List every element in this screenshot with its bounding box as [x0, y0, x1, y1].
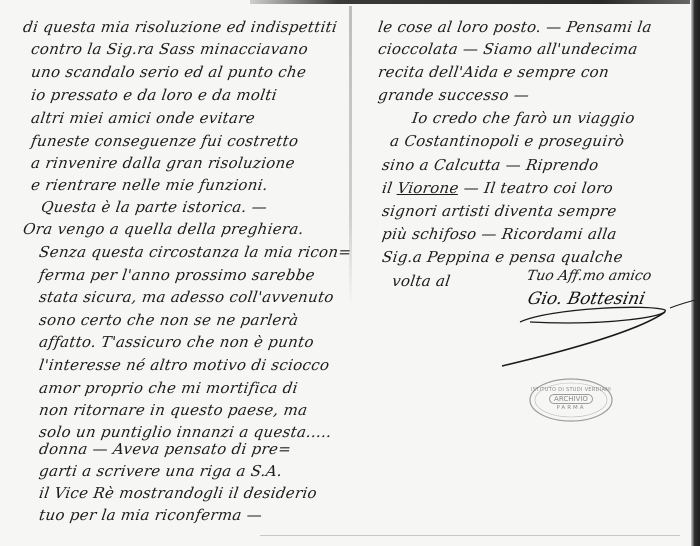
text-line: sono certo che non se ne parlerà: [38, 311, 300, 329]
stamp-institution: ISTITUTO DI STUDI VERDIANI: [531, 387, 611, 393]
left-page: di questa mia risoluzione ed indispettit…: [0, 0, 345, 546]
text-line: funeste conseguenze fui costretto: [30, 132, 300, 150]
text-line: Io credo che farò un viaggio: [411, 109, 636, 127]
archive-stamp: ISTITUTO DI STUDI VERDIANI ARCHIVIO PARM…: [528, 377, 614, 423]
stamp-city: PARMA: [556, 405, 585, 411]
letter-scan: di questa mia risoluzione ed indispettit…: [0, 0, 700, 546]
text-line: a Costantinopoli e proseguirò: [389, 132, 626, 150]
text-line: signori artisti diventa sempre: [381, 202, 618, 220]
text-line: l'interesse né altro motivo di sciocco: [38, 356, 331, 374]
text-line: Ora vengo a quella della preghiera.: [22, 220, 305, 238]
text-line: tuo per la mia riconferma —: [38, 506, 263, 524]
text-line: volta al: [391, 272, 452, 290]
text-line: il Vice Rè mostrandogli il desiderio: [38, 484, 318, 502]
text-line: affatto. T'assicuro che non è punto: [38, 333, 315, 351]
text-line: a rinvenire dalla gran risoluzione: [30, 154, 296, 172]
text-line: grande successo —: [377, 86, 530, 104]
text-line: cioccolata — Siamo all'undecima: [377, 40, 639, 58]
text-line: donna — Aveva pensato di pre=: [38, 440, 292, 458]
text-line: garti a scrivere una riga a S.A.: [38, 462, 284, 480]
underlined-word: Viorone: [396, 179, 460, 197]
text-line: contro la Sig.ra Sass minacciavano: [30, 40, 309, 58]
text-line: io pressato e da loro e da molti: [30, 86, 278, 104]
text-line: Senza questa circostanza la mia ricon=: [38, 243, 353, 261]
text-line: uno scandalo serio ed al punto che: [30, 63, 307, 81]
stamp-archive: ARCHIVIO: [549, 394, 593, 404]
text-line: Questa è la parte istorica. —: [40, 198, 268, 216]
text-line: più schifoso — Ricordami alla: [381, 225, 618, 243]
signature-flourish: [490, 300, 700, 370]
text-line: altri miei amici onde evitare: [30, 109, 256, 127]
letter-closing: Tuo Aff.mo amico: [526, 268, 653, 284]
text-line: stata sicura, ma adesso coll'avvenuto: [38, 288, 335, 306]
text-line: amor proprio che mi mortifica di: [38, 379, 299, 397]
text-fragment: il Viorone — Il teatro coi loro: [381, 179, 614, 197]
scan-right-edge: [691, 0, 700, 546]
text-line: sino a Calcutta — Riprendo: [381, 156, 600, 174]
text-line: solo un puntiglio innanzi a questa.....: [38, 423, 333, 441]
text-line: di questa mia risoluzione ed indispettit…: [22, 18, 338, 36]
text-line-viorone: il Viorone — Il teatro coi loro: [381, 179, 614, 197]
text-line: Sig.a Peppina e pensa qualche: [381, 248, 624, 266]
text-line: recita dell'Aida e sempre con: [377, 63, 610, 81]
text-line: non ritornare in questo paese, ma: [38, 401, 309, 419]
text-line: ferma per l'anno prossimo sarebbe: [38, 266, 316, 284]
text-line: e rientrare nelle mie funzioni.: [30, 176, 269, 194]
text-line: le cose al loro posto. — Pensami la: [377, 18, 653, 36]
page-fold-gutter: [349, 6, 352, 306]
